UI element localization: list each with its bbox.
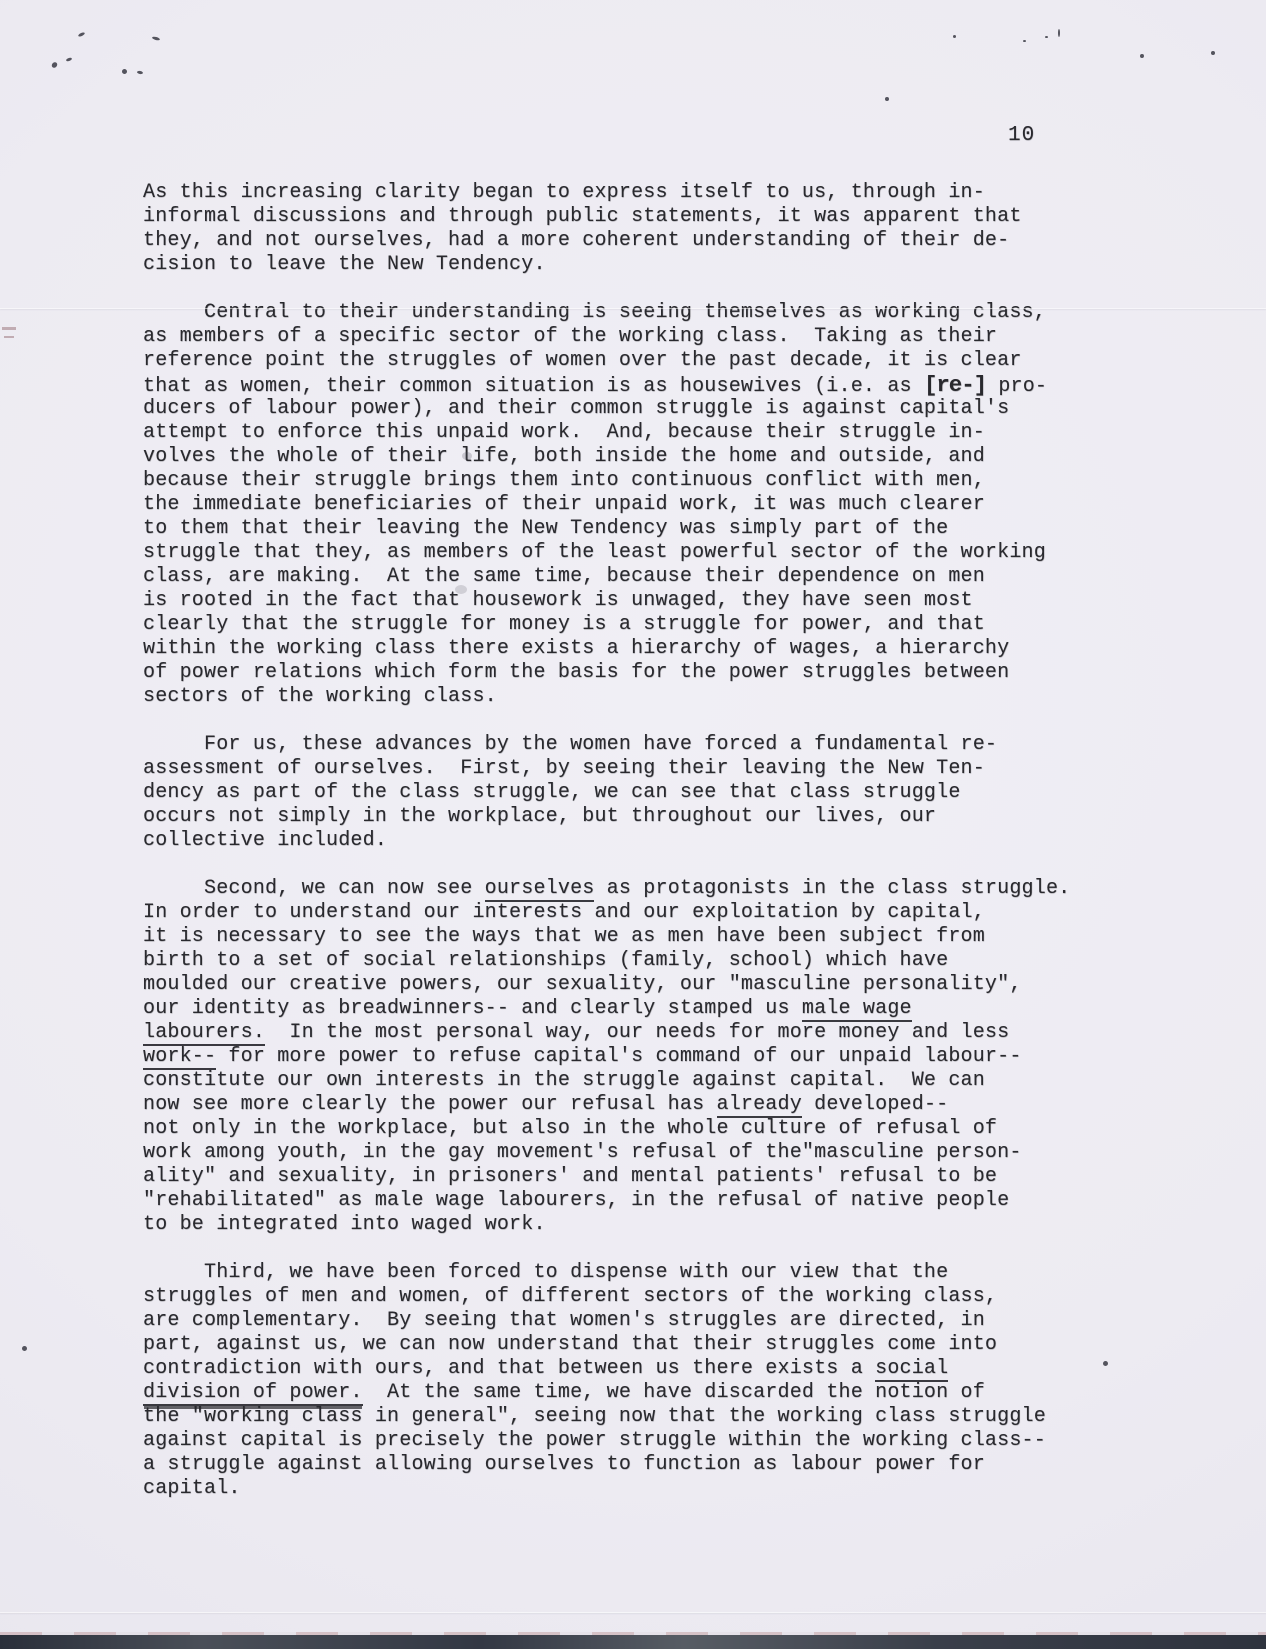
emphasized-text: [re-]: [924, 372, 986, 398]
text-line: moulded our creative powers, our sexuali…: [143, 973, 1070, 997]
emphasized-text: work--: [143, 1045, 216, 1070]
text-line: work among youth, in the gay movement's …: [143, 1141, 1070, 1165]
text-segment: contradiction with ours, and that betwee…: [143, 1357, 875, 1380]
text-segment: dency as part of the class struggle, we …: [143, 781, 961, 804]
text-segment: a struggle against allowing ourselves to…: [143, 1453, 985, 1476]
text-segment: the immediate beneficiaries of their unp…: [143, 493, 985, 516]
scan-speck: [22, 1346, 27, 1351]
text-segment: collective included.: [143, 829, 387, 852]
text-segment: is rooted in the fact that housework is …: [143, 589, 973, 612]
scan-speck: [51, 61, 59, 69]
page-number: 10: [1008, 124, 1035, 147]
text-segment: "rehabilitated" as male wage labourers, …: [143, 1189, 1009, 1212]
paper-crease: [0, 1612, 1266, 1613]
paragraph: Third, we have been forced to dispense w…: [143, 1261, 1070, 1501]
text-segment: informal discussions and through public …: [143, 205, 1022, 228]
text-line: ality" and sexuality, in prisoners' and …: [143, 1165, 1070, 1189]
text-segment: Third, we have been forced to dispense w…: [143, 1261, 948, 1284]
text-line: assessment of ourselves. First, by seein…: [143, 757, 1070, 781]
text-line: ducers of labour power), and their commo…: [143, 397, 1070, 421]
scanner-edge-bar: [0, 1635, 1266, 1649]
text-segment: As this increasing clarity began to expr…: [143, 181, 985, 204]
text-segment: assessment of ourselves. First, by seein…: [143, 757, 985, 780]
text-line: labourers. In the most personal way, our…: [143, 1021, 1070, 1045]
text-line: constitute our own interests in the stru…: [143, 1069, 1070, 1093]
text-segment: part, against us, we can now understand …: [143, 1333, 997, 1356]
emphasized-text: division of power.: [143, 1381, 363, 1406]
text-line: part, against us, we can now understand …: [143, 1333, 1070, 1357]
text-line: the immediate beneficiaries of their unp…: [143, 493, 1070, 517]
text-segment: class, are making. At the same time, bec…: [143, 565, 985, 588]
scan-speck: [66, 57, 73, 62]
text-line: Second, we can now see ourselves as prot…: [143, 877, 1070, 901]
scan-speck: [137, 71, 143, 75]
scan-speck: [152, 36, 161, 41]
text-line: As this increasing clarity began to expr…: [143, 181, 1070, 205]
text-line: within the working class there exists a …: [143, 637, 1070, 661]
text-segment: because their struggle brings them into …: [143, 469, 985, 492]
text-segment: that as women, their common situation is…: [143, 375, 924, 398]
text-line: not only in the workplace, but also in t…: [143, 1117, 1070, 1141]
paragraph: Second, we can now see ourselves as prot…: [143, 877, 1070, 1237]
text-segment: our identity as breadwinners-- and clear…: [143, 997, 802, 1020]
emphasized-text: already: [717, 1093, 802, 1118]
text-line: struggles of men and women, of different…: [143, 1285, 1070, 1309]
text-segment: ducers of labour power), and their commo…: [143, 397, 1009, 420]
paper-crease: [0, 308, 1266, 309]
text-line: because their struggle brings them into …: [143, 469, 1070, 493]
text-line: our identity as breadwinners-- and clear…: [143, 997, 1070, 1021]
text-line: attempt to enforce this unpaid work. And…: [143, 421, 1070, 445]
text-segment: birth to a set of social relationships (…: [143, 949, 948, 972]
text-segment: ality" and sexuality, in prisoners' and …: [143, 1165, 997, 1188]
text-segment: for more power to refuse capital's comma…: [216, 1045, 1021, 1068]
text-segment: clearly that the struggle for money is a…: [143, 613, 985, 636]
text-segment: Second, we can now see: [143, 877, 485, 900]
text-segment: to them that their leaving the New Tende…: [143, 517, 948, 540]
text-line: to be integrated into waged work.: [143, 1213, 1070, 1237]
text-line: dency as part of the class struggle, we …: [143, 781, 1070, 805]
text-line: clearly that the struggle for money is a…: [143, 613, 1070, 637]
text-segment: sectors of the working class.: [143, 685, 497, 708]
text-line: "rehabilitated" as male wage labourers, …: [143, 1189, 1070, 1213]
text-segment: of power relations which form the basis …: [143, 661, 1009, 684]
text-segment: against capital is precisely the power s…: [143, 1429, 1046, 1452]
text-segment: as protagonists in the class struggle.: [594, 877, 1070, 900]
text-line: contradiction with ours, and that betwee…: [143, 1357, 1070, 1381]
scan-speck: [1058, 29, 1060, 37]
text-line: For us, these advances by the women have…: [143, 733, 1070, 757]
text-segment: struggle that they, as members of the le…: [143, 541, 1046, 564]
text-line: capital.: [143, 1477, 1070, 1501]
text-segment: pro-: [986, 375, 1047, 398]
scan-speck: [1140, 54, 1144, 58]
text-segment: are complementary. By seeing that women'…: [143, 1309, 985, 1332]
text-line: occurs not simply in the workplace, but …: [143, 805, 1070, 829]
text-line: class, are making. At the same time, bec…: [143, 565, 1070, 589]
text-line: volves the whole of their life, both ins…: [143, 445, 1070, 469]
text-segment: not only in the workplace, but also in t…: [143, 1117, 997, 1140]
text-segment: Central to their understanding is seeing…: [143, 301, 1046, 324]
text-segment: they, and not ourselves, had a more cohe…: [143, 229, 1009, 252]
scan-speck: [885, 97, 889, 101]
text-line: collective included.: [143, 829, 1070, 853]
emphasized-text: ourselves: [485, 877, 595, 902]
text-segment: In the most personal way, our needs for …: [265, 1021, 1009, 1044]
paragraph: Central to their understanding is seeing…: [143, 301, 1070, 709]
text-segment: attempt to enforce this unpaid work. And…: [143, 421, 985, 444]
scan-speck: [953, 35, 956, 38]
text-segment: occurs not simply in the workplace, but …: [143, 805, 936, 828]
text-line: In order to understand our interests and…: [143, 901, 1070, 925]
text-segment: moulded our creative powers, our sexuali…: [143, 973, 1022, 996]
text-segment: as members of a specific sector of the w…: [143, 325, 997, 348]
document-body: As this increasing clarity began to expr…: [143, 181, 1070, 1525]
scan-speck: [1211, 51, 1215, 55]
emphasized-text: social: [875, 1357, 948, 1382]
text-line: the "working class in general", seeing n…: [143, 1405, 1070, 1429]
text-line: Third, we have been forced to dispense w…: [143, 1261, 1070, 1285]
text-segment: cision to leave the New Tendency.: [143, 253, 546, 276]
text-line: is rooted in the fact that housework is …: [143, 589, 1070, 613]
text-segment: work among youth, in the gay movement's …: [143, 1141, 1022, 1164]
emphasized-text: male wage: [802, 997, 912, 1022]
text-line: informal discussions and through public …: [143, 205, 1070, 229]
margin-mark: [4, 336, 14, 338]
paragraph: For us, these advances by the women have…: [143, 733, 1070, 853]
text-segment: capital.: [143, 1477, 241, 1500]
text-line: Central to their understanding is seeing…: [143, 301, 1070, 325]
text-line: as members of a specific sector of the w…: [143, 325, 1070, 349]
text-line: are complementary. By seeing that women'…: [143, 1309, 1070, 1333]
scan-speck: [78, 32, 86, 38]
text-segment: to be integrated into waged work.: [143, 1213, 546, 1236]
text-segment: volves the whole of their life, both ins…: [143, 445, 985, 468]
text-line: of power relations which form the basis …: [143, 661, 1070, 685]
text-line: now see more clearly the power our refus…: [143, 1093, 1070, 1117]
text-segment: developed--: [802, 1093, 948, 1116]
text-segment: reference point the struggles of women o…: [143, 349, 1022, 372]
text-line: cision to leave the New Tendency.: [143, 253, 1070, 277]
text-line: division of power. At the same time, we …: [143, 1381, 1070, 1405]
text-line: work-- for more power to refuse capital'…: [143, 1045, 1070, 1069]
scan-speck: [455, 585, 467, 594]
scan-speck: [1103, 1361, 1108, 1366]
text-segment: within the working class there exists a …: [143, 637, 1009, 660]
text-line: against capital is precisely the power s…: [143, 1429, 1070, 1453]
margin-mark: [2, 327, 16, 330]
text-segment: struggles of men and women, of different…: [143, 1285, 997, 1308]
text-segment: it is necessary to see the ways that we …: [143, 925, 985, 948]
text-line: reference point the struggles of women o…: [143, 349, 1070, 373]
text-segment: constitute our own interests in the stru…: [143, 1069, 985, 1092]
text-segment: the "working class in general", seeing n…: [143, 1405, 1046, 1428]
text-line: struggle that they, as members of the le…: [143, 541, 1070, 565]
text-line: they, and not ourselves, had a more cohe…: [143, 229, 1070, 253]
text-segment: In order to understand our interests and…: [143, 901, 985, 924]
text-segment: For us, these advances by the women have…: [143, 733, 997, 756]
emphasized-text: labourers.: [143, 1021, 265, 1046]
text-line: sectors of the working class.: [143, 685, 1070, 709]
paragraph: As this increasing clarity began to expr…: [143, 181, 1070, 277]
text-line: to them that their leaving the New Tende…: [143, 517, 1070, 541]
scan-speck: [121, 68, 128, 75]
scan-speck: [462, 452, 472, 460]
text-line: a struggle against allowing ourselves to…: [143, 1453, 1070, 1477]
scan-speck: [1045, 36, 1048, 38]
text-line: that as women, their common situation is…: [143, 373, 1070, 397]
scan-speck: [1023, 40, 1026, 42]
text-segment: now see more clearly the power our refus…: [143, 1093, 717, 1116]
text-line: it is necessary to see the ways that we …: [143, 925, 1070, 949]
text-line: birth to a set of social relationships (…: [143, 949, 1070, 973]
text-segment: At the same time, we have discarded the …: [363, 1381, 985, 1404]
